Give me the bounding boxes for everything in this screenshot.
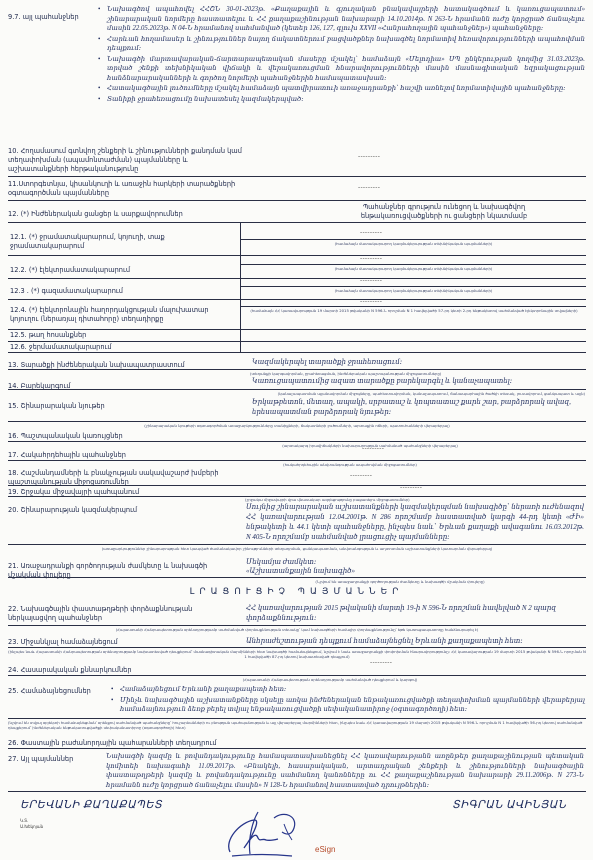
bullet-item: Նախագծով ապահովել ՀՀՇՆ 30-01-2023թ. «Քաղ… bbox=[97, 5, 585, 34]
row-11-value: --------- bbox=[358, 184, 380, 191]
bullet-item: Հարևան հողամասեր և շինություններ նայող ճ… bbox=[97, 35, 585, 54]
row-12-3-value: --------- bbox=[360, 277, 382, 284]
row-13-value: Կազմակերպել տարածքի ջրահեռացում։ bbox=[252, 357, 582, 367]
row-12-4-value: --------- bbox=[360, 298, 382, 305]
row-25-bullets: Համաձայնեցում Երևանի քաղաքապետի հետ։ Մին… bbox=[110, 685, 585, 716]
divider bbox=[8, 341, 586, 342]
row-23-hint: (ինչպես նաև Հայաստանի Հանրապետության օրե… bbox=[8, 649, 586, 659]
divider bbox=[8, 255, 586, 256]
divider bbox=[241, 264, 586, 265]
row-21-hint: (Նշվում են առաջադրանքի գործողության ժամկ… bbox=[250, 579, 550, 584]
row-24-dash: --------- bbox=[370, 659, 392, 666]
bullet-item: Համաձայնեցում Երևանի քաղաքապետի հետ։ bbox=[110, 685, 585, 695]
divider bbox=[8, 278, 586, 279]
row-10-label: 10. Հողամասում գտնվող շենքերի և շինությո… bbox=[8, 147, 243, 174]
divider bbox=[241, 306, 586, 307]
divider bbox=[8, 485, 586, 486]
row-22-label: 22. Նախագծային փաստաթղթերի փորձաքննությա… bbox=[8, 605, 218, 623]
mayor-title: ԵՐԵՎԱՆԻ ՔԱՂԱՔԱՊԵՏ bbox=[20, 798, 162, 811]
row-12-2-value: --------- bbox=[360, 255, 382, 262]
row-25-label: 25. Համաձայնեցումներ bbox=[8, 687, 108, 696]
row-22-value: ՀՀ կառավարության 2015 թվականի մարտի 19-ի… bbox=[246, 603, 581, 623]
row-12-4-label: 12.4. (*) էլեկտրոնային հաղորդակցության մ… bbox=[10, 306, 235, 324]
divider bbox=[8, 329, 586, 330]
row-15-label: 15. Շինարարական նյութեր bbox=[8, 402, 243, 411]
row-15-hint: (շինարարական նյութերի օգտագործման առաջար… bbox=[8, 423, 586, 428]
row-19-value: --------- bbox=[400, 484, 422, 491]
row-20-label: 20. Շինարարության կազմակերպում bbox=[8, 506, 243, 515]
row-10-value: --------- bbox=[358, 153, 380, 160]
divider bbox=[8, 460, 586, 461]
row-18-value: --------- bbox=[350, 472, 372, 479]
row-20-value: Սույնից շինարարական աշխատանքների կազմակե… bbox=[246, 502, 584, 542]
divider bbox=[8, 748, 586, 749]
row-27-value: Նախագծի կազմը և բովանդակությունը համապատ… bbox=[106, 752, 584, 790]
row-12-5-label: 12.5. թաղ հոսանքներ bbox=[10, 331, 235, 340]
signatory-name: ՏԻԳՐԱՆ ԱՎԻՆՅԱՆ bbox=[452, 798, 566, 811]
bullet-item: Հատակագծային լուծումները մշակել համաձայն… bbox=[97, 84, 585, 94]
row-14-hint: (կանաչապատման պլանավորման միջոցները, պահ… bbox=[80, 391, 585, 396]
executor-name: Ա.Խեկոյան bbox=[20, 824, 43, 830]
row-12-2-label: 12.2. (*) էլեկտրամատակարարում bbox=[10, 266, 235, 275]
row-15-value: Երկաթբետոն, մետաղ, ապակի, սրբատաշ և կոպտ… bbox=[252, 397, 582, 417]
row-22-hint: (Հայաստանի Հանրապետության օրենսդրությամբ… bbox=[8, 627, 586, 632]
row-27-label: 27. Այլ պայմաններ bbox=[8, 755, 98, 764]
row-12-4-hint: (համաձայն ՀՀ կառավարության 19 մարտի 2015… bbox=[244, 308, 584, 313]
row-23-label: 23. Միջանկյալ համաձայնեցում bbox=[8, 638, 218, 647]
document-page: 9.7. այլ պահանջներ Նախագծով ապահովել ՀՀՇ… bbox=[0, 0, 593, 860]
bullet-item: Նախագծի մարտավարական-ճարտարապետական մասե… bbox=[97, 55, 585, 84]
row-12-1-value: --------- bbox=[360, 229, 382, 236]
row-17-label: 17. Հակահրդեհային պահանջներ bbox=[8, 451, 243, 460]
divider bbox=[8, 389, 586, 390]
divider bbox=[8, 647, 586, 648]
row-11-label: 11.Ստորգետնյա, կիսանկուղի և առաջին հարկե… bbox=[8, 180, 243, 198]
row-9-7-label: 9.7. այլ պահանջներ bbox=[8, 13, 93, 22]
row-21-value-stage: «Աշխատանքային նախագիծ» bbox=[246, 566, 576, 576]
divider bbox=[8, 352, 586, 353]
row-24-hint: (Հայաստանի Հանրապետության օրենսդրությամբ… bbox=[180, 677, 480, 682]
row-16-label: 16. Պաշտպանական կառույցներ bbox=[8, 432, 243, 441]
row-17-hint: (հակահրդեհային անվտանգության ապահովման մ… bbox=[200, 462, 500, 467]
row-26-label: 26. Փաստային բաժանորդային պահարանների տե… bbox=[8, 739, 308, 748]
row-12-1-hint: (համաձայն մատակարարող կազմակերպության տե… bbox=[241, 241, 586, 246]
signature-icon bbox=[222, 810, 312, 860]
row-14-value: Կառուցապատումից ազատ տարածքը բարեկարգել … bbox=[252, 376, 582, 386]
row-17-value: --------- bbox=[362, 445, 384, 452]
row-23-value: Անհրաժեշտության դեպքում համաձայնեցնել Եր… bbox=[246, 636, 581, 646]
row-12-label: 12. (*) Ինժեներական ցանցեր և սարքավորում… bbox=[8, 210, 243, 219]
row-12-3-hint: (համաձայն մատակարարող կազմակերպության տե… bbox=[241, 288, 586, 293]
divider bbox=[8, 421, 586, 422]
row-24-label: 24. Հասարակական քննարկումներ bbox=[8, 666, 243, 675]
row-12-6-label: 12.6. ջերմամատակարարում bbox=[10, 343, 235, 352]
row-12-3-label: 12.3 . (*) գազամատակարարում bbox=[10, 287, 235, 296]
divider bbox=[8, 625, 586, 626]
divider bbox=[8, 299, 586, 300]
bullet-item: Մինչև նախագծային աշխատանքները սկսելը առկ… bbox=[110, 696, 585, 715]
esign-logo: eSign bbox=[315, 845, 335, 854]
divider bbox=[8, 441, 586, 442]
row-9-7-bullets: Նախագծով ապահովել ՀՀՇՆ 30-01-2023թ. «Քաղ… bbox=[97, 5, 585, 105]
divider bbox=[8, 544, 586, 545]
row-12-2-hint: (համաձայն մատակարարող կազմակերպության տե… bbox=[241, 266, 586, 271]
divider bbox=[8, 200, 586, 201]
divider bbox=[8, 222, 586, 223]
divider bbox=[8, 369, 586, 370]
divider bbox=[8, 577, 586, 578]
divider bbox=[241, 239, 586, 240]
row-12-value: Պահանջներ գրություն ունեցող և նախագծվող … bbox=[354, 203, 534, 221]
divider bbox=[8, 791, 586, 792]
divider bbox=[241, 286, 586, 287]
divider bbox=[8, 176, 586, 177]
additional-conditions-title: ԼՐԱՑՈՒՑԻՉ ՊԱՅՄԱՆՆԵՐ bbox=[0, 587, 593, 597]
row-25-hint: (նշվում են տվյալ օբյեկտի համաձայնեցման՝ … bbox=[8, 720, 586, 730]
divider bbox=[8, 675, 586, 676]
divider bbox=[8, 718, 586, 719]
bullet-item: Տանիքի ջրահեռացումը նախատեսել կազմակերպվ… bbox=[97, 95, 585, 105]
row-12-1-label: 12.1. (*) ջրամատակարարում, կոյուղի, տաք … bbox=[10, 233, 235, 251]
row-20-hint: (առաջարկություններ շինարարության հետ կապ… bbox=[8, 546, 586, 551]
